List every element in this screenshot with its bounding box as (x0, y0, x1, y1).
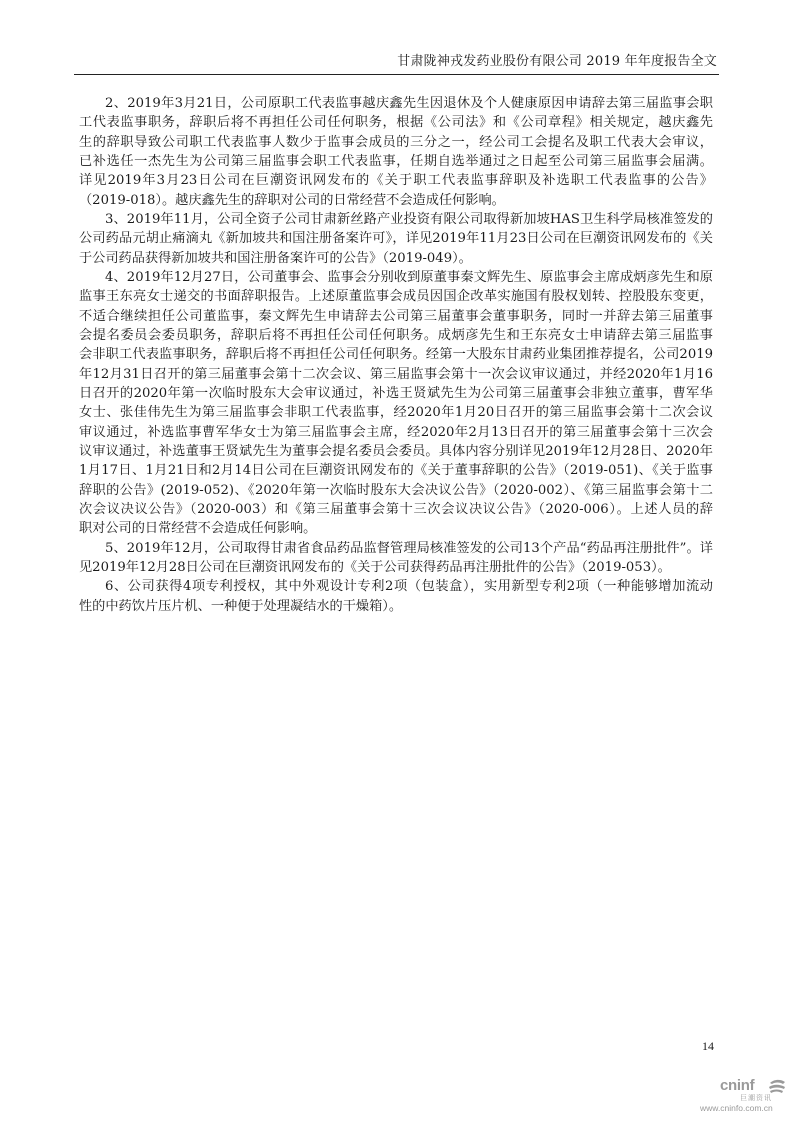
paragraph-item-6: 6、公司获得4项专利授权，其中外观设计专利2项（包装盒），实用新型专利2项（一种… (79, 577, 713, 616)
text-line: 不适合继续担任公司董监事，秦文辉先生申请辞去公司第三届董事会董事职务，同时一并辞… (79, 307, 713, 326)
cninfo-watermark: cninf 巨潮资讯 www.cninfo.com.cn (700, 1078, 788, 1118)
text-line: 次会议决议公告》（2020-003）和《第三届董事会第十三次会议决议公告》（20… (79, 500, 713, 519)
cninfo-swirl-icon (768, 1079, 786, 1093)
text-line: 女士、张佳伟先生为第三届监事会非职工代表监事，经2020年1月20日召开的第三届… (79, 403, 713, 422)
paragraph-item-5: 5、2019年12月，公司取得甘肃省食品药品监督管理局核准签发的公司13个产品“… (79, 539, 713, 578)
text-line: 会提名委员会委员职务，辞职后将不再担任公司任何职务。成炳彦先生和王东亮女士申请辞… (79, 326, 713, 345)
report-title: 甘肃陇神戎发药业股份有限公司 2019 年年度报告全文 (397, 53, 717, 70)
text-line: 性的中药饮片压片机、一种便于处理凝结水的干燥箱）。 (79, 597, 713, 616)
text-line: 监事王东亮女士递交的书面辞职报告。上述原董监事会成员因国企改革实施国有股权划转、… (79, 287, 713, 306)
text-line: 生的辞职导致公司职工代表监事人数少于监事会成员的三分之一，经公司工会提名及职工代… (79, 133, 713, 152)
text-line: 1月17日、1月21日和2月14日公司在巨潮资讯网发布的《关于董事辞职的公告》（… (79, 461, 713, 480)
text-line: 公司药品元胡止痛滴丸《新加坡共和国注册备案许可》，详见2019年11月23日公司… (79, 229, 713, 248)
text-line: 辞职的公告》(2019-052)、《2020年第一次临时股东大会决议公告》（20… (79, 481, 713, 500)
text-line: 3、2019年11月，公司全资子公司甘肃新丝路产业投资有限公司取得新加坡HAS卫… (79, 210, 713, 229)
text-line: 会非职工代表监事职务，辞职后将不再担任公司任何职务。经第一大股东甘肃药业集团推荐… (79, 345, 713, 364)
text-line: 6、公司获得4项专利授权，其中外观设计专利2项（包装盒），实用新型专利2项（一种… (79, 577, 713, 596)
text-line: （2019-018）。越庆鑫先生的辞职对公司的日常经营不会造成任何影响。 (79, 191, 713, 210)
cninfo-brand-cn: 巨潮资讯 (740, 1094, 772, 1103)
text-line: 议审议通过，补选董事王贤斌先生为董事会提名委员会委员。具体内容分别详见2019年… (79, 442, 713, 461)
text-line: 职对公司的日常经营不会造成任何影响。 (79, 519, 713, 538)
text-line: 日召开的2020年第一次临时股东大会审议通过，补选王贤斌先生为公司第三届董事会非… (79, 384, 713, 403)
text-line: 审议通过，补选监事曹军华女士为第三届监事会主席，经2020年2月13日召开的第三… (79, 423, 713, 442)
paragraph-item-4: 4、2019年12月27日，公司董事会、监事会分别收到原董事秦文辉先生、原监事会… (79, 268, 713, 539)
text-line: 年12月31日召开的第三届董事会第十二次会议、第三届监事会第十一次会议审议通过，… (79, 365, 713, 384)
text-line: 5、2019年12月，公司取得甘肃省食品药品监督管理局核准签发的公司13个产品“… (79, 539, 713, 558)
text-line: 见2019年12月28日公司在巨潮资讯网发布的《关于公司获得药品再注册批件的公告… (79, 558, 713, 577)
cninfo-url: www.cninfo.com.cn (700, 1103, 773, 1113)
text-line: 4、2019年12月27日，公司董事会、监事会分别收到原董事秦文辉先生、原监事会… (79, 268, 713, 287)
page-number: 14 (702, 1039, 714, 1054)
cninfo-brand-text: cninf (720, 1078, 754, 1094)
text-line: 工代表监事职务，辞职后将不再担任公司任何职务，根据《公司法》和《公司章程》相关规… (79, 113, 713, 132)
text-line: 2、2019年3月21日，公司原职工代表监事越庆鑫先生因退休及个人健康原因申请辞… (79, 94, 713, 113)
paragraph-item-2: 2、2019年3月21日，公司原职工代表监事越庆鑫先生因退休及个人健康原因申请辞… (79, 94, 713, 210)
text-line: 于公司药品获得新加坡共和国注册备案许可的公告》（2019-049）。 (79, 249, 713, 268)
paragraph-item-3: 3、2019年11月，公司全资子公司甘肃新丝路产业投资有限公司取得新加坡HAS卫… (79, 210, 713, 268)
page-header: 甘肃陇神戎发药业股份有限公司 2019 年年度报告全文 (74, 52, 719, 75)
text-line: 详见2019年3月23日公司在巨潮资讯网发布的《关于职工代表监事辞职及补选职工代… (79, 171, 713, 190)
text-line: 已补选任一杰先生为公司第三届监事会职工代表监事，任期自选举通过之日起至公司第三届… (79, 152, 713, 171)
report-body: 2、2019年3月21日，公司原职工代表监事越庆鑫先生因退休及个人健康原因申请辞… (79, 94, 713, 616)
